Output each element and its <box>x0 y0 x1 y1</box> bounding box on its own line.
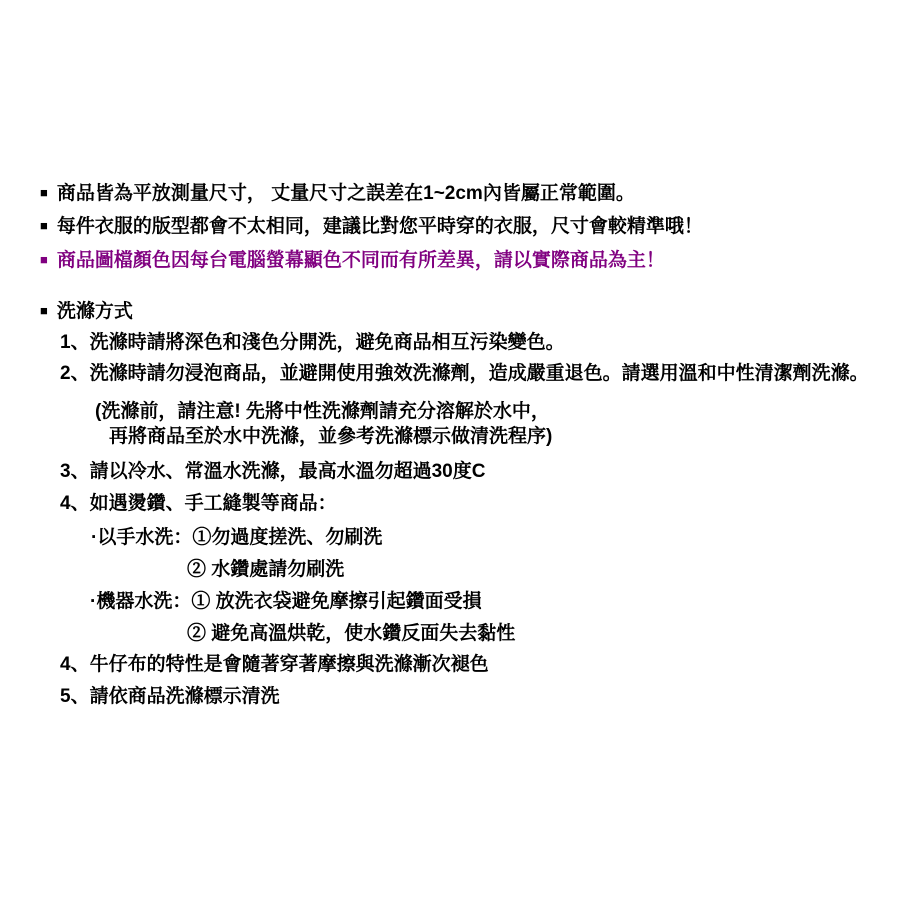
washing-paren-note-line-1: (洗滌前，請注意! 先將中性洗滌劑請充分溶解於水中， <box>95 400 550 424</box>
product-care-notice-page: ■商品皆為平放測量尺寸， 丈量尺寸之誤差在1~2cm內皆屬正常範圍。 ■每件衣服… <box>0 0 912 912</box>
note-measure-tolerance-text: 商品皆為平放測量尺寸， 丈量尺寸之誤差在1~2cm內皆屬正常範圍。 <box>57 183 635 204</box>
washing-step-4: 4、如遇燙鑽、手工縫製等商品： <box>60 492 337 516</box>
note-color-difference: ■商品圖檔顏色因每台電腦螢幕顯色不同而有所差異，請以實際商品為主！ <box>40 248 665 273</box>
hand-wash-instruction-1: ·以手水洗：①勿過度搓洗、勿刷洗 <box>91 526 382 550</box>
washing-step-4b: 4、牛仔布的特性是會隨著穿著摩擦與洗滌漸次褪色 <box>60 653 489 677</box>
washing-paren-note-line-2: 再將商品至於水中洗滌，並參考洗滌標示做清洗程序) <box>109 425 552 449</box>
machine-wash-instruction-2: ② 避免高溫烘乾，使水鑽反面失去黏性 <box>187 622 515 646</box>
square-bullet-icon: ■ <box>40 181 48 205</box>
washing-step-1: 1、洗滌時請將深色和淺色分開洗，避免商品相互污染變色。 <box>60 331 565 355</box>
machine-wash-instruction-1: ·機器水洗：① 放洗衣袋避免摩擦引起鑽面受損 <box>90 590 482 614</box>
washing-step-5: 5、請依商品洗滌標示清洗 <box>60 685 280 709</box>
washing-section-heading: ■洗滌方式 <box>40 299 133 324</box>
note-fit-advice-text: 每件衣服的版型都會不太相同，建議比對您平時穿的衣服，尺寸會較精準哦！ <box>57 216 703 237</box>
note-color-difference-text: 商品圖檔顏色因每台電腦螢幕顯色不同而有所差異，請以實際商品為主！ <box>57 250 665 271</box>
note-measure-tolerance: ■商品皆為平放測量尺寸， 丈量尺寸之誤差在1~2cm內皆屬正常範圍。 <box>40 181 635 206</box>
hand-wash-instruction-2: ② 水鑽處請勿刷洗 <box>187 558 344 582</box>
washing-section-heading-text: 洗滌方式 <box>57 301 133 322</box>
square-bullet-icon: ■ <box>40 299 48 323</box>
square-bullet-icon: ■ <box>40 248 48 272</box>
washing-step-3: 3、請以冷水、常溫水洗滌，最高水溫勿超過30度C <box>60 460 485 484</box>
washing-step-2: 2、洗滌時請勿浸泡商品，並避開使用強效洗滌劑，造成嚴重退色。請選用溫和中性清潔劑… <box>60 362 869 386</box>
note-fit-advice: ■每件衣服的版型都會不太相同，建議比對您平時穿的衣服，尺寸會較精準哦！ <box>40 214 703 239</box>
square-bullet-icon: ■ <box>40 214 48 238</box>
